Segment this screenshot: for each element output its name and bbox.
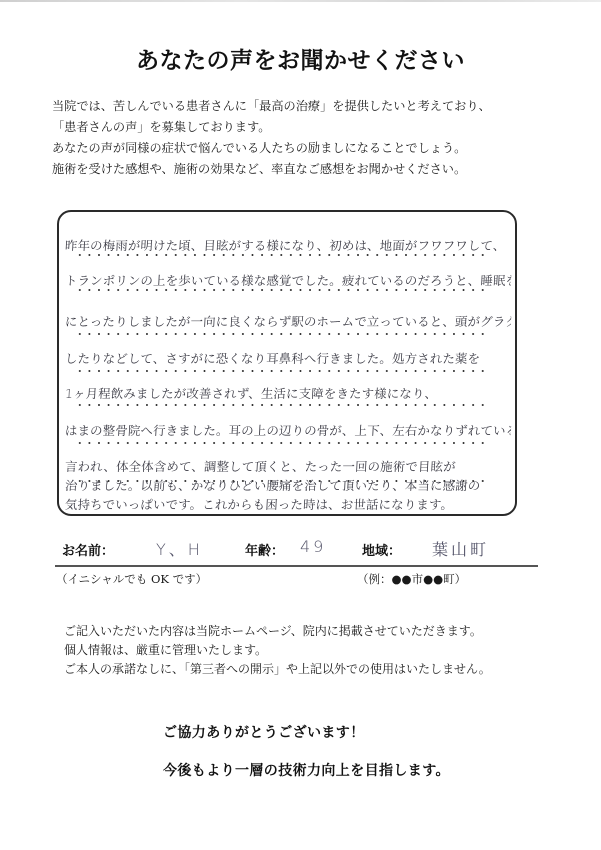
notice-line: ご本人の承諾なしに、「第三者への開示」や上記以外での使用はいたしません。 <box>64 660 564 679</box>
dotted-rule <box>75 404 485 406</box>
comment-line: 気持ちでいっぱいです。これからも困った時は、お世話になります。 <box>65 495 512 513</box>
comment-line: はまの整骨院へ行きました。耳の上の辺りの骨が、上下、左右かなりずれていると <box>65 421 512 439</box>
name-field[interactable]: Y、H <box>156 537 203 560</box>
intro-text: 当院では、苦しんでいる患者さんに「最高の治療」を提供したいと考えており、 「患者… <box>52 96 572 180</box>
scan-edge <box>0 0 601 2</box>
name-hint: （イニシャルでも OK です） <box>56 571 207 587</box>
dotted-rule <box>75 254 485 256</box>
comment-line: トランポリンの上を歩いている様な感覚でした。疲れているのだろうと、睡眠を多め <box>65 271 512 289</box>
privacy-notice: ご記入いただいた内容は当院ホームページ、院内に掲載させていただきます。 個人情報… <box>64 622 564 679</box>
comment-line: 言われ、体全体含めて、調整して頂くと、たった一回の施術で目眩が <box>65 457 512 475</box>
thanks-message: ご協力ありがとうございます！ <box>163 722 365 742</box>
comment-box[interactable]: 昨年の梅雨が明けた頃、目眩がする様になり、初めは、地面がフワフワして、 トランポ… <box>57 210 517 516</box>
intro-line: 当院では、苦しんでいる患者さんに「最高の治療」を提供したいと考えており、 <box>52 96 572 117</box>
dotted-rule <box>75 333 485 335</box>
intro-line: 施術を受けた感想や、施術の効果など、率直なご感想をお聞かせください。 <box>52 159 572 180</box>
field-underline <box>55 565 538 567</box>
comment-line: 1ヶ月程飲みましたが改善されず、生活に支障をきたす様になり、 <box>65 384 512 402</box>
comment-line: 治りました。以前も、かなりひどい腰痛を治して頂いたり、本当に感謝の <box>65 476 512 494</box>
intro-line: あなたの声が同様の症状で悩んでいる人たちの励ましになることでしょう。 <box>52 138 572 159</box>
respondent-info-row: お名前： Y、H 年齢： 49 地域： 葉山町 <box>62 537 542 561</box>
comment-line: にとったりしましたが一向に良くならず駅のホームで立っていると、頭がグラグラ <box>65 312 512 330</box>
name-label: お名前： <box>62 540 114 559</box>
comment-line: したりなどして、さすがに恐くなり耳鼻科へ行きました。処方された薬を <box>65 349 512 367</box>
dotted-rule <box>75 370 485 372</box>
age-label: 年齢： <box>245 540 284 559</box>
comment-line: 昨年の梅雨が明けた頃、目眩がする様になり、初めは、地面がフワフワして、 <box>65 236 512 254</box>
age-field[interactable]: 49 <box>300 537 326 556</box>
region-field[interactable]: 葉山町 <box>432 537 489 560</box>
page-title: あなたの声をお聞かせください <box>0 42 601 75</box>
intro-line: 「患者さんの声」を募集しております。 <box>52 117 572 138</box>
region-hint: （例：●●市●●町） <box>357 571 466 587</box>
dotted-rule <box>75 289 485 291</box>
commitment-message: 今後もより一層の技術力向上を目指します。 <box>163 760 450 780</box>
dotted-rule <box>75 442 485 444</box>
notice-line: ご記入いただいた内容は当院ホームページ、院内に掲載させていただきます。 <box>64 622 564 641</box>
notice-line: 個人情報は、厳重に管理いたします。 <box>64 641 564 660</box>
region-label: 地域： <box>362 540 401 559</box>
